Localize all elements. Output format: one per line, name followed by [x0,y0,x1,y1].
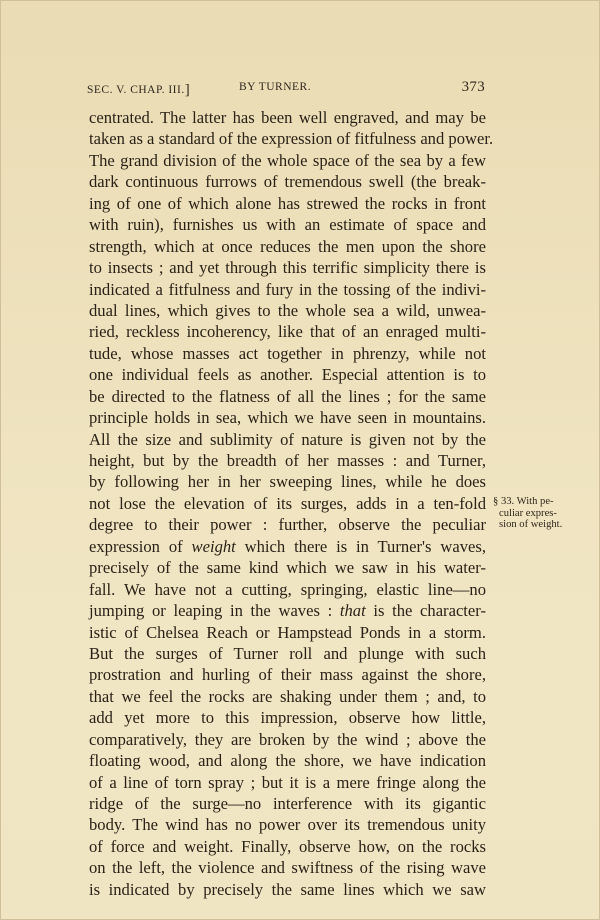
text-line-with-italic: expression of weight which there is in T… [89,536,486,557]
italic-emphasis: that [340,601,366,620]
section-text: SEC. V. CHAP. III. [87,84,185,96]
text-line: dark continuous furrows of tremendous sw… [89,171,486,192]
text-line: to insects ; and yet through this terrif… [89,257,486,278]
text-line: dual lines, which gives to the whole sea… [89,300,486,321]
text-line: precisely of the same kind which we saw … [89,557,486,578]
text-line: ried, reckless incoherency, like that of… [89,321,486,342]
text-line: ing of one of which alone has strewed th… [89,193,486,214]
text-line: indicated a fitfulness and fury in the t… [89,279,486,300]
text-line: taken as a standard of the expression of… [89,128,486,149]
text-line: one individual feels as another. Especia… [89,364,486,385]
text-line: is indicated by precisely the same lines… [89,879,486,900]
sidenote-line: § 33. With pe- [493,496,593,508]
text-line: not lose the elevation of its surges, ad… [89,493,486,514]
text-line: All the size and sublimity of nature is … [89,429,486,450]
text-segment: expression of [89,537,192,556]
body-text: centrated. The latter has been well engr… [89,107,486,900]
running-title: BY TURNER. [239,81,311,93]
text-segment: jumping or leaping in the waves : [89,601,340,620]
italic-emphasis: weight [192,537,236,556]
book-page: SEC. V. CHAP. III.] BY TURNER. 373 centr… [0,0,600,920]
marginal-sidenote: § 33. With pe- culiar expres- sion of we… [493,496,593,531]
text-line-with-italic: jumping or leaping in the waves : that i… [89,600,486,621]
text-line: centrated. The latter has been well engr… [89,107,486,128]
text-line: on the left, the violence and swiftness … [89,857,486,878]
bracket-glyph: ] [185,82,191,98]
text-line: height, but by the breadth of her masses… [89,450,486,471]
text-line: But the surges of Turner roll and plunge… [89,643,486,664]
text-line: by following her in her sweeping lines, … [89,471,486,492]
text-line: prostration and hurling of their mass ag… [89,664,486,685]
text-line: of force and weight. Finally, observe ho… [89,836,486,857]
text-line: tude, whose masses act together in phren… [89,343,486,364]
text-line: degree to their power : further, observe… [89,514,486,535]
text-line: that we feel the rocks are shaking under… [89,686,486,707]
sidenote-line: sion of weight. [493,519,593,531]
sidenote-line: culiar expres- [493,508,593,520]
text-line: with ruin), furnishes us with an estimat… [89,214,486,235]
running-head: SEC. V. CHAP. III.] BY TURNER. 373 [87,79,485,99]
text-line: floating wood, and along the shore, we h… [89,750,486,771]
text-line: body. The wind has no power over its tre… [89,814,486,835]
text-segment: which there is in Turner's waves, [236,537,486,556]
text-line: ridge of the surge—no interference with … [89,793,486,814]
page-number: 373 [462,79,485,96]
text-line: add yet more to this impression, observe… [89,707,486,728]
text-line: be directed to the flatness of all the l… [89,386,486,407]
text-line: principle holds in sea, which we have se… [89,407,486,428]
text-line: comparatively, they are broken by the wi… [89,729,486,750]
text-line: fall. We have not a cutting, springing, … [89,579,486,600]
text-line: istic of Chelsea Reach or Hampstead Pond… [89,622,486,643]
text-line: The grand division of the whole space of… [89,150,486,171]
text-line: strength, which at once reduces the men … [89,236,486,257]
text-segment: is the character- [366,601,486,620]
section-chapter-label: SEC. V. CHAP. III.] [87,81,190,98]
text-line: of a line of torn spray ; but it is a me… [89,772,486,793]
